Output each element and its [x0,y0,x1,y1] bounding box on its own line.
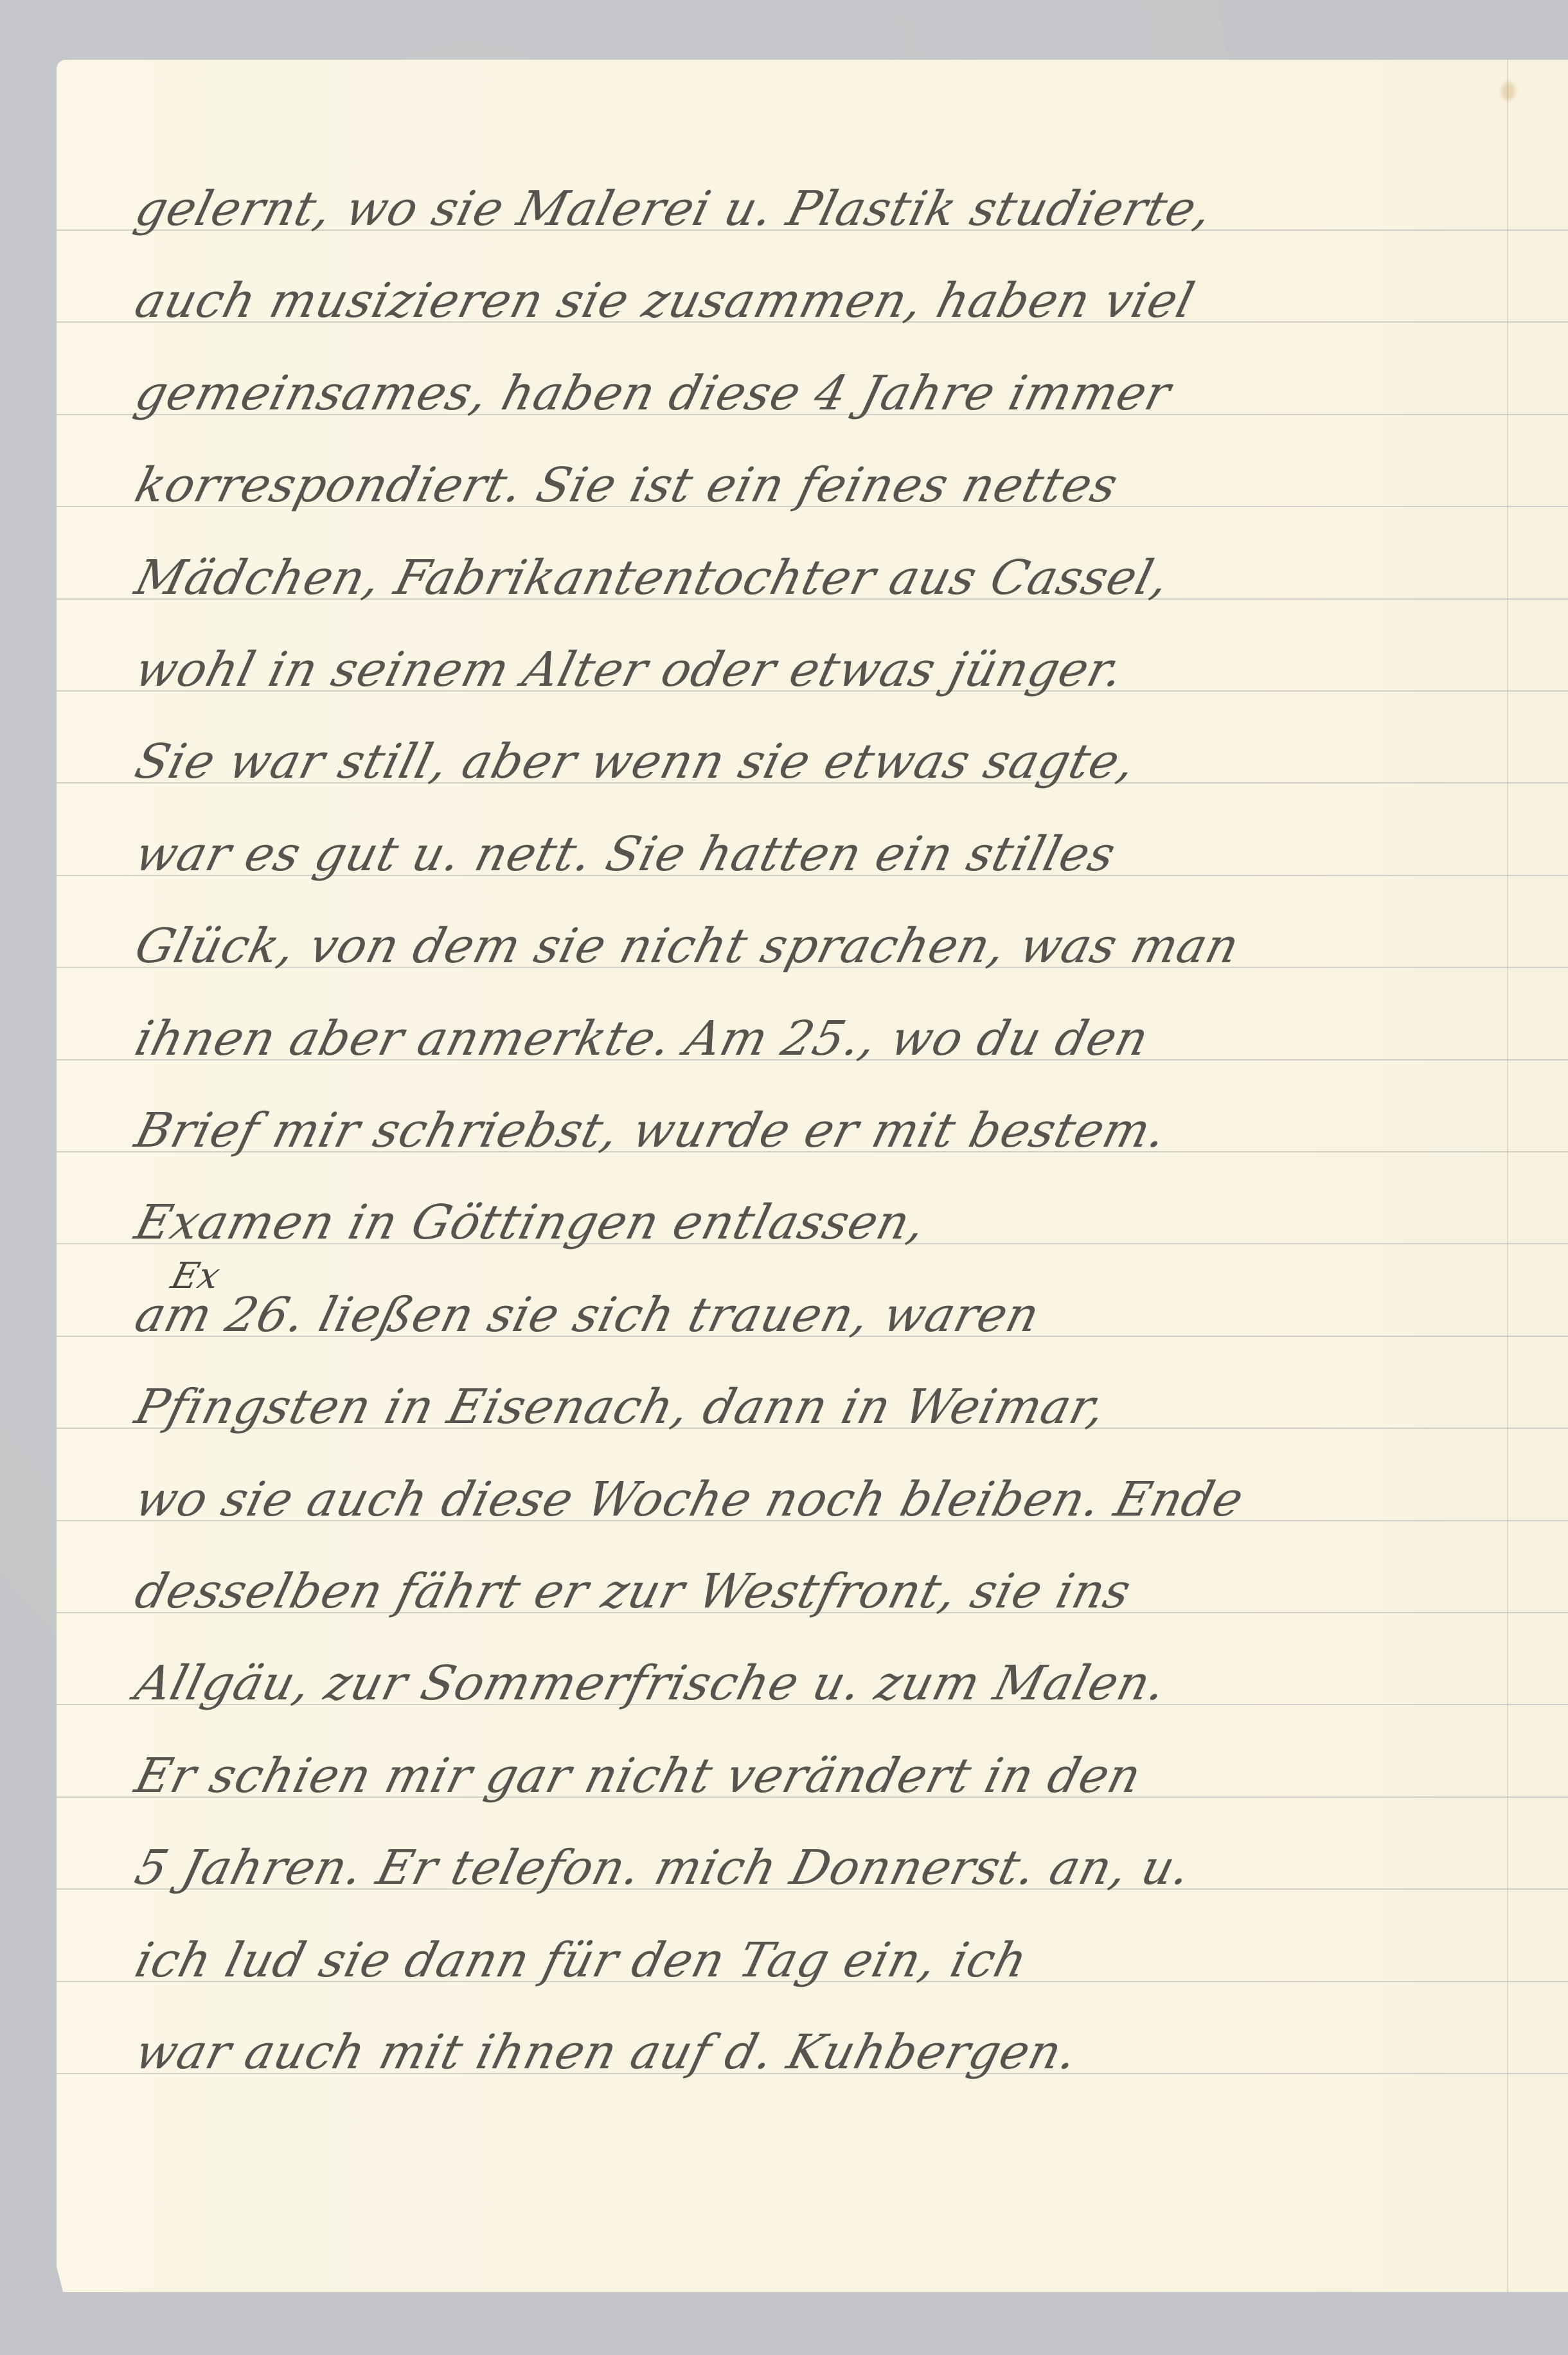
handwritten-line: Sie war still, aber wenn sie etwas sagte… [129,730,1468,794]
handwritten-line: Er schien mir gar nicht verändert in den [129,1744,1468,1808]
handwritten-line: wo sie auch diese Woche noch bleiben. En… [129,1467,1468,1532]
handwritten-line: korrespondiert. Sie ist ein feines nette… [129,453,1468,517]
handwritten-line: war auch mit ihnen auf d. Kuhbergen. [129,2020,1468,2084]
handwritten-line: gemeinsames, haben diese 4 Jahre immer [129,361,1468,425]
handwritten-line: Glück, von dem sie nicht sprachen, was m… [129,914,1468,978]
handwritten-line: Allgäu, zur Sommerfrische u. zum Malen. [129,1651,1468,1715]
handwritten-line: ihnen aber anmerkte. Am 25., wo du den [129,1007,1468,1071]
handwritten-line: auch musizieren sie zusammen, haben viel [129,269,1468,333]
handwritten-line: desselben fährt er zur Westfront, sie in… [129,1559,1468,1624]
paper-stain [1501,82,1515,100]
handwritten-line: 5 Jahren. Er telefon. mich Donnerst. an,… [129,1836,1468,1900]
letter-page: gelernt, wo sie Malerei u. Plastik studi… [57,60,1568,2292]
handwritten-line: war es gut u. nett. Sie hatten ein still… [129,822,1468,886]
handwritten-line: am 26. ließen sie sich trauen, waren [129,1283,1468,1347]
fold-line [1507,60,1508,2292]
handwritten-line: ich lud sie dann für den Tag ein, ich [129,1928,1468,1992]
handwritten-line: Examen in Göttingen entlassen, [129,1190,1468,1255]
handwritten-line: Mädchen, Fabrikantentochter aus Cassel, [129,546,1468,610]
handwritten-line: Brief mir schriebst, wurde er mit bestem… [129,1098,1468,1163]
handwritten-line: Pfingsten in Eisenach, dann in Weimar, [129,1375,1468,1439]
handwritten-line: wohl in seinem Alter oder etwas jünger. [129,638,1468,702]
handwritten-line: gelernt, wo sie Malerei u. Plastik studi… [129,177,1468,241]
